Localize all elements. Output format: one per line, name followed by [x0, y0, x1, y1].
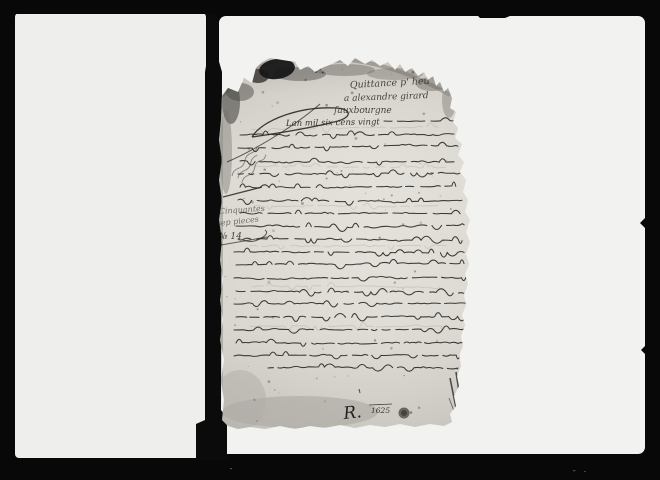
- ink-blot-core: [401, 410, 407, 416]
- paper-speck: [275, 163, 276, 164]
- paper-speck: [229, 257, 230, 258]
- paper-speck: [418, 192, 420, 194]
- paper-speck: [341, 170, 343, 172]
- paper-speck: [248, 366, 249, 367]
- paper-speck: [237, 171, 239, 173]
- paper-speck: [225, 276, 226, 277]
- paper-speck: [391, 74, 392, 75]
- paper-speck: [301, 202, 304, 205]
- paper-speck: [324, 400, 326, 402]
- paper-speck: [234, 298, 235, 299]
- header-note-line3: fauxbourgne: [333, 106, 392, 116]
- paper-speck: [446, 160, 447, 161]
- paper-speck: [383, 198, 385, 200]
- paper-speck: [418, 407, 421, 410]
- left-facing-page: [15, 13, 206, 458]
- paper-speck: [354, 137, 357, 140]
- paper-speck: [316, 377, 318, 379]
- paper-speck: [240, 121, 241, 122]
- paper-speck: [379, 237, 381, 239]
- paper-speck: [403, 375, 404, 376]
- paper-speck: [410, 411, 413, 414]
- paper-speck: [322, 348, 324, 350]
- paper-speck: [394, 281, 396, 283]
- paper-speck: [402, 288, 404, 290]
- scan-canvas: Quittance p' heu a alexandre girard faux…: [0, 0, 660, 480]
- paper-speck: [272, 229, 275, 232]
- paper-speck: [253, 399, 255, 401]
- paper-speck: [276, 101, 279, 104]
- paper-speck: [274, 389, 276, 391]
- paper-speck: [384, 143, 386, 145]
- paper-speck: [278, 392, 279, 393]
- paper-speck: [256, 420, 258, 422]
- paper-speck: [439, 195, 441, 197]
- paper-speck: [374, 339, 376, 341]
- paper-speck: [420, 163, 421, 164]
- paper-speck: [365, 193, 366, 194]
- paper-speck: [268, 380, 271, 383]
- paper-speck: [288, 169, 289, 170]
- body-opening-words: Lan mil six cens vingt: [285, 117, 381, 129]
- footer-year: 1625: [371, 406, 390, 415]
- paper-speck: [337, 172, 338, 173]
- paper-speck: [378, 199, 379, 200]
- paper-speck: [420, 222, 423, 225]
- paper-speck: [262, 91, 265, 94]
- paper-speck: [272, 105, 273, 106]
- paper-speck: [412, 71, 415, 74]
- paper-speck: [402, 223, 404, 225]
- paper-speck: [243, 198, 244, 199]
- paper-speck: [279, 180, 281, 182]
- paper-speck: [391, 194, 393, 196]
- paper-speck: [226, 296, 227, 297]
- paper-speck: [338, 210, 339, 211]
- paper-speck: [334, 376, 336, 378]
- paper-speck: [234, 324, 236, 326]
- paper-speck: [349, 184, 351, 186]
- manuscript-scan-svg: Quittance p' heu a alexandre girard faux…: [0, 0, 660, 480]
- paper-speck: [257, 308, 259, 310]
- paper-speck: [326, 177, 328, 179]
- paper-speck: [450, 208, 452, 210]
- paper-speck: [370, 294, 371, 295]
- paper-speck: [432, 175, 433, 176]
- paper-speck: [325, 104, 328, 107]
- paper-speck: [349, 332, 350, 333]
- paper-speck: [385, 209, 386, 210]
- paper-speck: [436, 340, 438, 342]
- paper-speck: [347, 375, 348, 376]
- paper-speck: [342, 69, 343, 70]
- paper-speck: [349, 65, 350, 66]
- paper-speck: [422, 112, 425, 115]
- paper-speck: [390, 347, 393, 350]
- paper-speck: [352, 170, 353, 171]
- paper-speck: [268, 281, 271, 284]
- manuscript-leaf: Quittance p' heu a alexandre girard faux…: [214, 55, 474, 435]
- paper-speck: [263, 168, 266, 171]
- paper-speck: [414, 270, 416, 272]
- paper-speck: [304, 79, 307, 82]
- footer-paraph: R.: [341, 402, 362, 424]
